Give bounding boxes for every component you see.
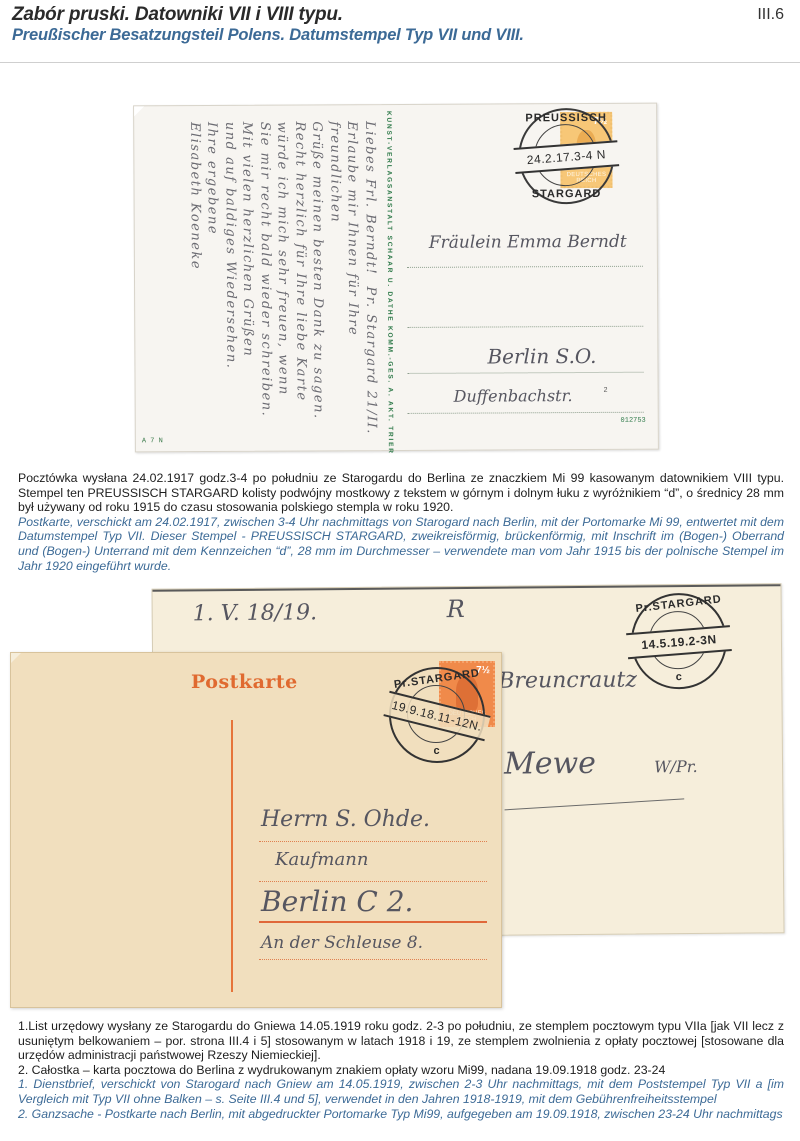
caption-exhibit-2: 1.List urzędowy wysłany ze Starogardu do… [18,1019,784,1121]
caption-german-1: 1. Dienstbrief, verschickt von Starogard… [18,1077,784,1106]
caption-polish-2: 2. Całostka – karta pocztowa do Berlina … [18,1063,784,1078]
card-occupation: Kaufmann [275,849,368,870]
card-divider-line [231,720,233,992]
handwritten-message: Liebes Frl. Berndt! Pr. Stargard 21/II. … [138,111,380,442]
letter-city: Mewe [504,746,596,782]
page-number: III.6 [757,6,784,24]
header-divider [0,62,800,63]
letter-recipient: Breuncrautz [498,668,637,694]
address-line [407,326,643,329]
address-line [407,372,643,375]
caption-polish: Pocztówka wysłana 24.02.1917 godz.3-4 po… [18,471,784,515]
postmark-pr-stargard-1918: Pr.STARGARD 19.9.18.11-12N. c [389,667,485,763]
caption-exhibit-1: Pocztówka wysłana 24.02.1917 godz.3-4 po… [18,471,784,573]
postkarte-title: Postkarte [191,671,298,693]
postal-card-1918: Postkarte Herrn S. Ohde. Kaufmann Berlin… [10,652,502,1008]
caption-german-2: 2. Ganzsache - Postkarte nach Berlin, mi… [18,1107,784,1122]
print-code: A 7 N [142,437,163,445]
recipient-name: Fräulein Emma Berndt [429,232,627,253]
recipient-street: Duffenbachstr. [454,386,573,406]
handwritten-initial: R [447,595,465,623]
postmark-preussisch-stargard: PREUSSISCH 24.2.17.3-4 N STARGARD [518,108,615,205]
message-text: Liebes Frl. Berndt! Pr. Stargard 21/II. … [186,121,380,442]
address-line [408,412,644,415]
serial-number: 012753 [621,417,646,425]
caption-german: Postkarte, verschickt am 24.02.1917, zwi… [18,515,784,573]
handwritten-date: 1. V. 18/19. [193,600,318,626]
card-corner-fold [11,653,21,663]
card-street: An der Schleuse 8. [261,933,423,953]
page-title: Zabór pruski. Datowniki VII i VIII typu. [12,4,343,26]
card-recipient: Herrn S. Ohde. [261,807,430,832]
page-subtitle: Preußischer Besatzungsteil Polens. Datum… [12,26,524,45]
recipient-city: Berlin S.O. [487,344,596,369]
caption-polish-1: 1.List urzędowy wysłany ze Starogardu do… [18,1019,784,1063]
card-city: Berlin C 2. [261,885,413,918]
postcard-1917: Liebes Frl. Berndt! Pr. Stargard 21/II. … [133,103,659,453]
letter-region: W/Pr. [654,757,698,776]
publisher-imprint: KUNST-VERLAGSANSTALT SCHAAR U. DATHE KOM… [380,111,396,441]
street-number: 2 [604,387,608,394]
address-line [407,266,643,269]
postmark-pr-stargard-1919: Pr.STARGARD 14.5.19.2-3N c [631,593,728,690]
